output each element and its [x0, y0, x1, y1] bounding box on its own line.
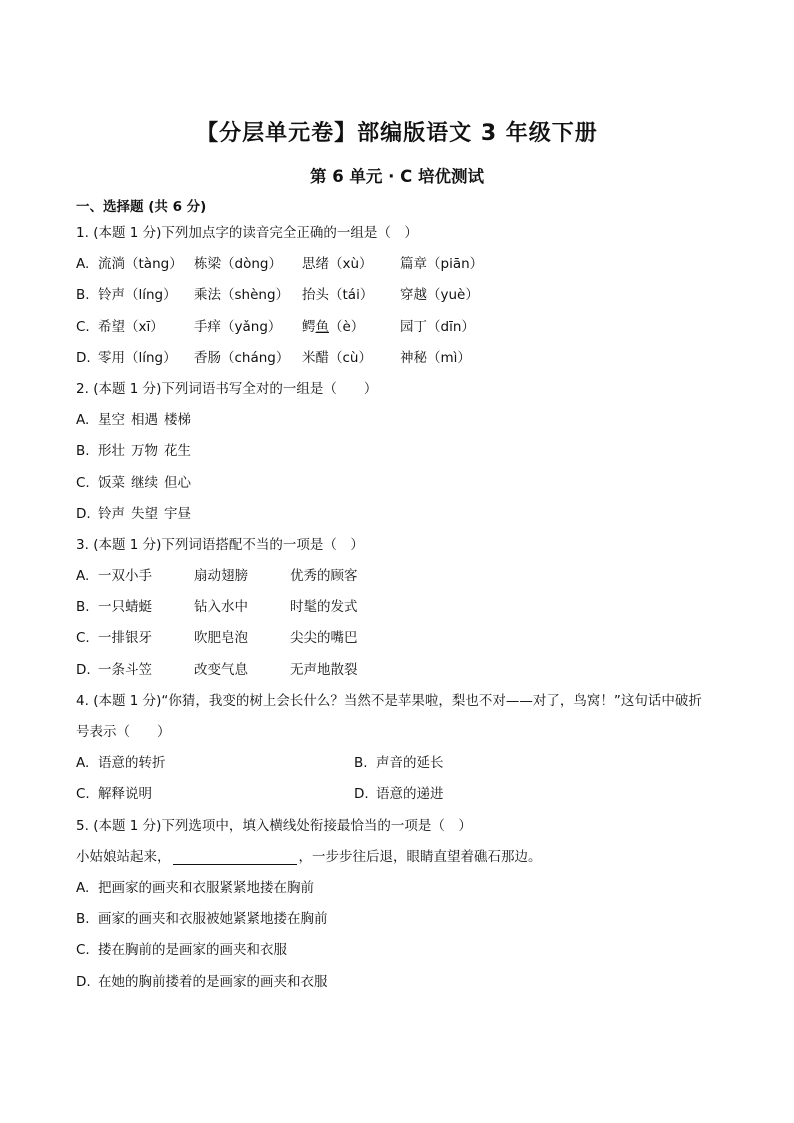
option-item: 时髦的发式 [290, 592, 358, 623]
option-item: 一双小手 [98, 561, 194, 592]
question-4-stem-continued: 号表示（ ） [76, 717, 726, 748]
option-letter: A. [76, 873, 98, 904]
option-letter: B. [76, 280, 98, 311]
question-1-option-c[interactable]: C.希望（xī）手痒（yǎng）鳄鱼（è）园丁（dīn） [76, 312, 726, 343]
option-item: 宇昼 [164, 499, 191, 530]
option-text: 搂在胸前的是画家的画夹和衣服 [98, 942, 287, 958]
option-item: 手痒（yǎng） [194, 312, 302, 343]
question-number: 1. [76, 225, 89, 241]
option-item: 零用（líng） [98, 343, 194, 374]
option-text: 画家的画夹和衣服被她紧紧地搂在胸前 [98, 911, 328, 927]
option-letter: A. [76, 249, 98, 280]
exam-page: 【分层单元卷】部编版语文 3 年级下册 第 6 单元 · C 培优测试 一、选择… [0, 0, 794, 1123]
question-2-option-b[interactable]: B.形壮万物花生 [76, 436, 726, 467]
option-letter: B. [76, 592, 98, 623]
underlined-character: 鱼 [316, 319, 330, 335]
option-item: 花生 [164, 436, 191, 467]
question-5-option-a[interactable]: A.把画家的画夹和衣服紧紧地搂在胸前 [76, 873, 726, 904]
question-4-options-row-1: A.语意的转折B.声音的延长 [76, 748, 726, 779]
option-letter: A. [76, 405, 98, 436]
question-number: 5. [76, 818, 89, 834]
question-5-option-c[interactable]: C.搂在胸前的是画家的画夹和衣服 [76, 935, 726, 966]
option-letter: A. [76, 748, 98, 779]
option-letter: D. [76, 499, 98, 530]
option-item-underlined: 鳄鱼（è） [302, 312, 400, 343]
option-letter: B. [354, 748, 376, 779]
option-item: 流淌（tàng） [98, 249, 194, 280]
question-4-option-a[interactable]: A.语意的转折 [76, 748, 354, 779]
option-item: 思绪（xù） [302, 249, 400, 280]
question-3-option-b[interactable]: B.一只蜻蜓钻入水中时髦的发式 [76, 592, 726, 623]
option-item: 栋梁（dòng） [194, 249, 302, 280]
option-letter: B. [76, 436, 98, 467]
question-4-option-d[interactable]: D.语意的递进 [354, 779, 632, 810]
option-item: 希望（xī） [98, 312, 194, 343]
question-2-option-d[interactable]: D.铃声失望宇昼 [76, 499, 726, 530]
option-item: 钻入水中 [194, 592, 290, 623]
option-item: 乘法（shèng） [194, 280, 302, 311]
sentence-before: 小姑娘站起来， [76, 849, 171, 865]
question-5-option-d[interactable]: D.在她的胸前搂着的是画家的画夹和衣服 [76, 967, 726, 998]
option-text: 在她的胸前搂着的是画家的画夹和衣服 [98, 974, 328, 990]
option-letter: C. [76, 468, 98, 499]
option-letter: A. [76, 561, 98, 592]
option-item: 米醋（cù） [302, 343, 400, 374]
question-4-option-c[interactable]: C.解释说明 [76, 779, 354, 810]
option-item: 铃声 [98, 499, 125, 530]
question-3-option-a[interactable]: A.一双小手扇动翅膀优秀的顾客 [76, 561, 726, 592]
question-1-option-a[interactable]: A.流淌（tàng）栋梁（dòng）思绪（xù）篇章（piān） [76, 249, 726, 280]
option-item: 相遇 [131, 405, 158, 436]
sentence-after: ，一步步往后退，眼睛直望着礁石那边。 [299, 849, 542, 865]
option-item: 园丁（dīn） [400, 312, 518, 343]
option-letter: C. [76, 312, 98, 343]
option-text: 把画家的画夹和衣服紧紧地搂在胸前 [98, 880, 314, 896]
option-item: 穿越（yuè） [400, 280, 518, 311]
option-item: 一只蜻蜓 [98, 592, 194, 623]
question-2-stem: 2. (本题 1 分)下列词语书写全对的一组是（ ） [76, 374, 726, 405]
option-text: 声音的延长 [376, 755, 444, 771]
question-text: (本题 1 分)下列词语搭配不当的一项是（ ） [93, 537, 364, 553]
option-letter: C. [76, 623, 98, 654]
question-number: 3. [76, 537, 89, 553]
option-item: 铃声（líng） [98, 280, 194, 311]
page-subtitle: 第 6 单元 · C 培优测试 [0, 164, 794, 190]
option-item: 无声地散裂 [290, 655, 358, 686]
question-number: 4. [76, 693, 89, 709]
option-item: 改变气息 [194, 655, 290, 686]
question-text: (本题 1 分)“你猜，我变的树上会长什么？当然不是苹果啦，梨也不对——对了，鸟… [93, 693, 702, 709]
page-title: 【分层单元卷】部编版语文 3 年级下册 [0, 118, 794, 150]
option-item: 吹肥皂泡 [194, 623, 290, 654]
option-item: 楼梯 [164, 405, 191, 436]
option-item: 但心 [164, 468, 191, 499]
fill-in-blank[interactable] [173, 848, 297, 865]
option-item: 香肠（cháng） [194, 343, 302, 374]
question-2-option-a[interactable]: A.星空相遇楼梯 [76, 405, 726, 436]
exam-content: 一、选择题 (共 6 分) 1. (本题 1 分)下列加点字的读音完全正确的一组… [76, 196, 726, 998]
question-4-option-b[interactable]: B.声音的延长 [354, 748, 632, 779]
question-5-sentence: 小姑娘站起来，，一步步往后退，眼睛直望着礁石那边。 [76, 842, 726, 873]
option-letter: B. [76, 904, 98, 935]
option-text: 解释说明 [98, 786, 152, 802]
question-3-option-d[interactable]: D.一条斗笠改变气息无声地散裂 [76, 655, 726, 686]
option-item: 尖尖的嘴巴 [290, 623, 358, 654]
option-item: 抬头（tái） [302, 280, 400, 311]
question-text: 号表示（ ） [76, 724, 171, 740]
option-text: 语意的转折 [98, 755, 166, 771]
question-text: (本题 1 分)下列选项中，填入横线处衔接最恰当的一项是（ ） [93, 818, 472, 834]
question-1-option-b[interactable]: B.铃声（líng）乘法（shèng）抬头（tái）穿越（yuè） [76, 280, 726, 311]
option-item: 优秀的顾客 [290, 561, 358, 592]
option-item: 失望 [131, 499, 158, 530]
option-item: 饭菜 [98, 468, 125, 499]
option-letter: C. [76, 779, 98, 810]
question-text: (本题 1 分)下列加点字的读音完全正确的一组是（ ） [93, 225, 418, 241]
option-item: 继续 [131, 468, 158, 499]
question-3-stem: 3. (本题 1 分)下列词语搭配不当的一项是（ ） [76, 530, 726, 561]
option-item: 一条斗笠 [98, 655, 194, 686]
question-5-option-b[interactable]: B.画家的画夹和衣服被她紧紧地搂在胸前 [76, 904, 726, 935]
question-3-option-c[interactable]: C.一排银牙吹肥皂泡尖尖的嘴巴 [76, 623, 726, 654]
option-item: 神秘（mì） [400, 343, 518, 374]
option-item: 星空 [98, 405, 125, 436]
option-letter: D. [76, 655, 98, 686]
question-4-options-row-2: C.解释说明D.语意的递进 [76, 779, 726, 810]
option-text: 语意的递进 [376, 786, 444, 802]
option-item: 万物 [131, 436, 158, 467]
question-text: (本题 1 分)下列词语书写全对的一组是（ ） [93, 381, 377, 397]
option-item: 形壮 [98, 436, 125, 467]
question-number: 2. [76, 381, 89, 397]
option-item: 扇动翅膀 [194, 561, 290, 592]
option-letter: D. [76, 967, 98, 998]
option-item: 一排银牙 [98, 623, 194, 654]
option-letter: C. [76, 935, 98, 966]
question-1-option-d[interactable]: D.零用（líng）香肠（cháng）米醋（cù）神秘（mì） [76, 343, 726, 374]
question-1-stem: 1. (本题 1 分)下列加点字的读音完全正确的一组是（ ） [76, 218, 726, 249]
question-4-stem: 4. (本题 1 分)“你猜，我变的树上会长什么？当然不是苹果啦，梨也不对——对… [76, 686, 726, 717]
option-item: 篇章（piān） [400, 249, 518, 280]
question-5-stem: 5. (本题 1 分)下列选项中，填入横线处衔接最恰当的一项是（ ） [76, 811, 726, 842]
option-letter: D. [354, 779, 376, 810]
option-letter: D. [76, 343, 98, 374]
section-heading: 一、选择题 (共 6 分) [76, 196, 726, 218]
question-2-option-c[interactable]: C.饭菜继续但心 [76, 468, 726, 499]
